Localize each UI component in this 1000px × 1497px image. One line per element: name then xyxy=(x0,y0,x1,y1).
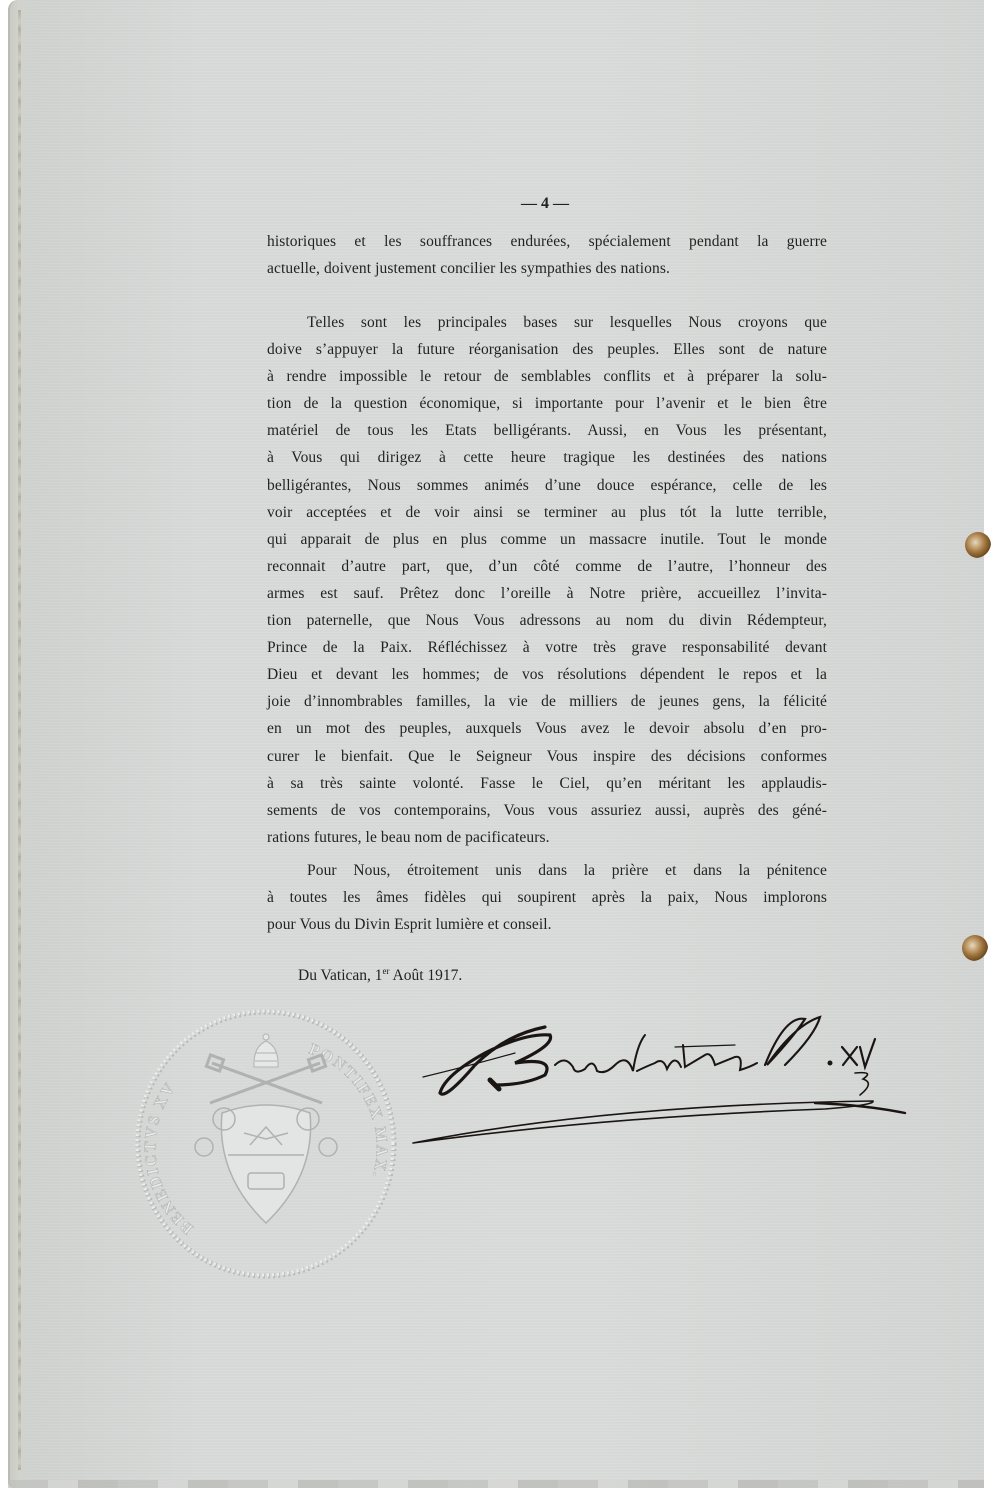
dateline-prefix: Du Vatican, 1 xyxy=(298,967,383,984)
text-line: à Vous qui dirigez à cette heure tragiqu… xyxy=(267,444,827,471)
text-line: actuelle, doivent justement concilier le… xyxy=(267,255,827,282)
dateline-suffix: Août 1917. xyxy=(390,967,463,984)
text-line: à rendre impossible le retour de semblab… xyxy=(267,363,827,390)
text-line: voir acceptées et de voir ainsi se termi… xyxy=(267,499,827,526)
text-line: Telles sont les principales bases sur le… xyxy=(267,309,827,336)
page-number: — 4 — xyxy=(500,195,590,213)
papal-embossed-seal: BENEDICTVS XV PONTIFEX MAX. xyxy=(132,1005,400,1283)
coat-of-arms-shield-icon xyxy=(195,1105,337,1223)
text-line: Dieu et devant les hommes; de vos résolu… xyxy=(267,661,827,688)
binding-hole-top xyxy=(965,532,991,558)
text-line: à toutes les âmes fidèles qui soupirent … xyxy=(267,884,827,911)
text-line: rations futures, le beau nom de pacifica… xyxy=(267,824,827,851)
text-line: joie d’innombrables familles, la vie de … xyxy=(267,688,827,715)
text-line: sements de vos contemporains, Vous vous … xyxy=(267,797,827,824)
text-line: armes est sauf. Prêtez donc l’oreille à … xyxy=(267,580,827,607)
dateline: Du Vatican, 1er Août 1917. xyxy=(298,966,462,985)
seal-legend-left: BENEDICTVS XV xyxy=(142,1079,196,1237)
paragraph-continuation: historiques et les souffrances endurées,… xyxy=(267,228,827,282)
text-line: doive s’appuyer la future réorganisation… xyxy=(267,336,827,363)
dateline-superscript: er xyxy=(383,966,390,976)
binding-hole-bottom xyxy=(962,935,988,961)
seal-legend-right: PONTIFEX MAX. xyxy=(307,1041,390,1181)
text-line: pour Vous du Divin Esprit lumière et con… xyxy=(267,911,827,938)
text-line: reconnait d’autre part, que, d’un côté c… xyxy=(267,553,827,580)
text-line: matériel de tous les Etats belligérants.… xyxy=(267,417,827,444)
text-line: à sa très sainte volonté. Fasse le Ciel,… xyxy=(267,770,827,797)
text-line: tion paternelle, que Nous Vous adressons… xyxy=(267,607,827,634)
text-line: qui apparait de plus en plus comme un ma… xyxy=(267,526,827,553)
text-line: curer le bienfait. Que le Seigneur Vous … xyxy=(267,743,827,770)
deckle-edge-left xyxy=(8,0,32,1488)
signature: Benedictus PP. XV xyxy=(405,1005,950,1155)
text-line: tion de la question économique, si impor… xyxy=(267,390,827,417)
paragraph-main-appeal: Telles sont les principales bases sur le… xyxy=(267,309,827,851)
paragraph-closing-prayer: Pour Nous, étroitement unis dans la priè… xyxy=(267,857,827,938)
text-line: Prince de la Paix. Réfléchissez à votre … xyxy=(267,634,827,661)
text-line: Pour Nous, étroitement unis dans la priè… xyxy=(267,857,827,884)
text-line: en un mot des peuples, auxquels Vous ave… xyxy=(267,715,827,742)
text-line: historiques et les souffrances endurées,… xyxy=(267,228,827,255)
text-line: belligérantes, Nous sommes animés d’une … xyxy=(267,472,827,499)
papal-tiara-icon xyxy=(254,1034,278,1067)
deckle-edge-bottom xyxy=(8,1480,984,1488)
